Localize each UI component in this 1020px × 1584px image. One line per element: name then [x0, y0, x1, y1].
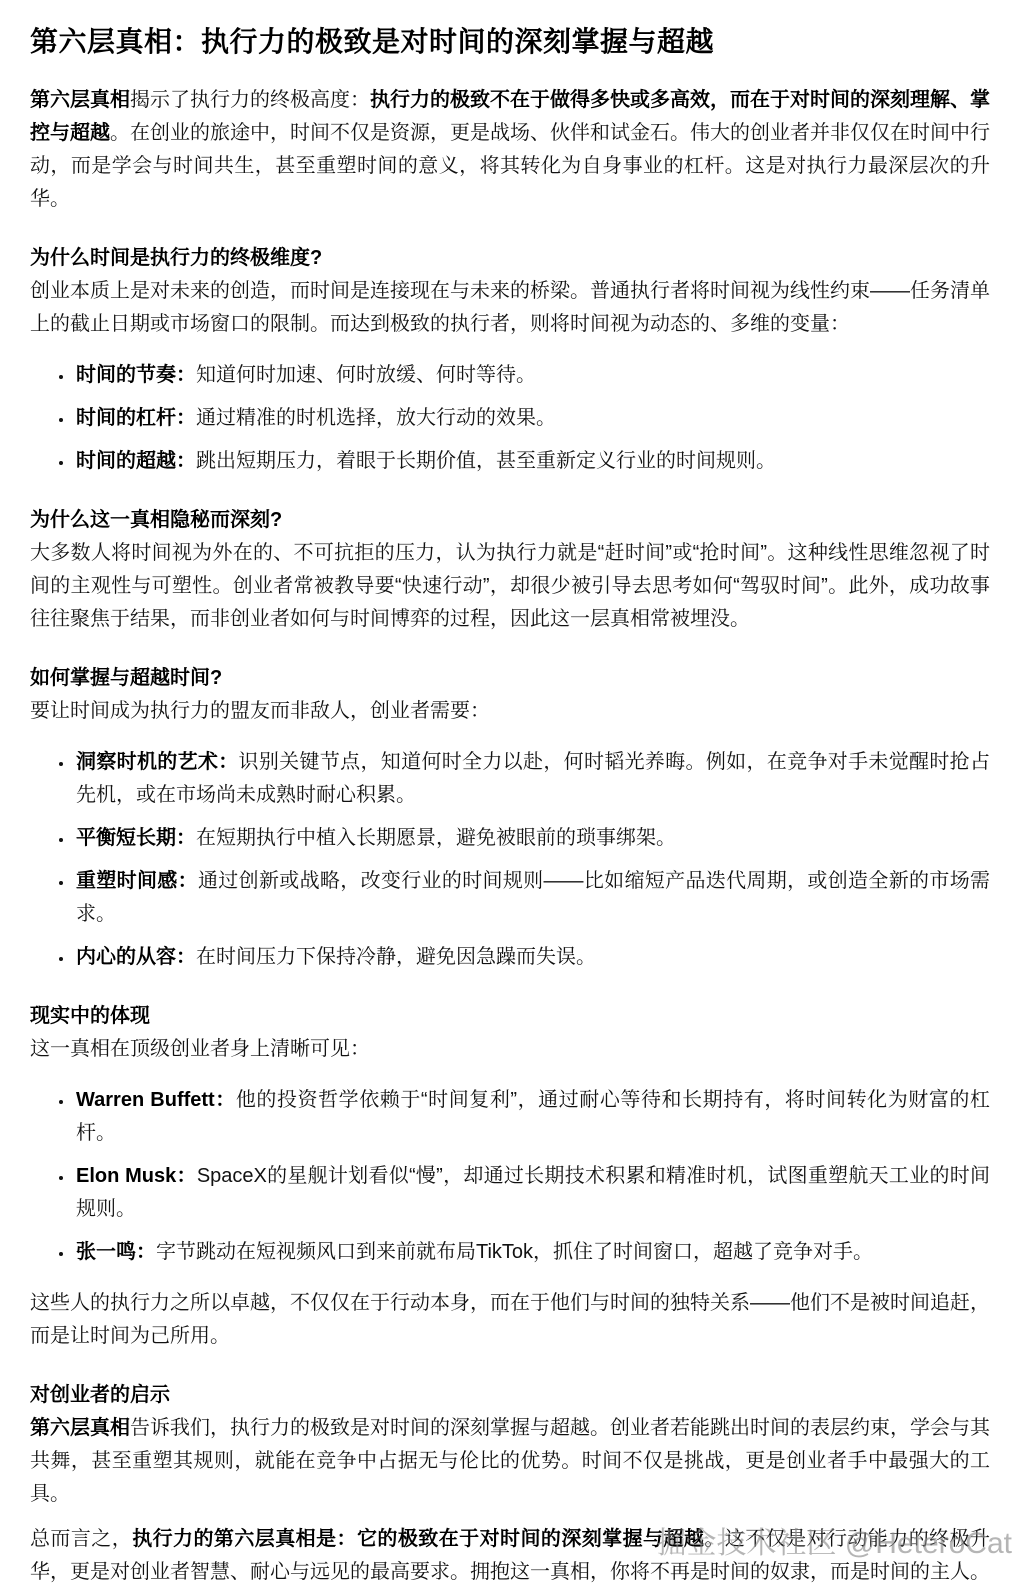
time-dimensions-list: 时间的节奏：知道何时加速、何时放缓、何时等待。时间的杠杆：通过精准的时机选择，放… [30, 359, 990, 478]
text-run-bold: 张一鸣： [76, 1241, 156, 1263]
page-title: 第六层真相：执行力的极致是对时间的深刻掌握与超越 [30, 22, 990, 62]
text-run-bold: 内心的从容： [76, 946, 196, 968]
mastery-methods-list: 洞察时机的艺术：识别关键节点，知道何时全力以赴，何时韬光养晦。例如，在竞争对手未… [30, 746, 990, 974]
text-run: 通过精准的时机选择，放大行动的效果。 [196, 407, 556, 429]
text-run-bold: 第六层真相 [30, 1417, 130, 1439]
text-run: 跳出短期压力，着眼于长期价值，甚至重新定义行业的时间规则。 [196, 450, 776, 472]
text-run: 在时间压力下保持冷静，避免因急躁而失误。 [196, 946, 596, 968]
list-item: 时间的超越：跳出短期压力，着眼于长期价值，甚至重新定义行业的时间规则。 [74, 445, 990, 478]
text-run: 在短期执行中植入长期愿景，避免被眼前的琐事绑架。 [196, 827, 676, 849]
text-run: 总而言之， [30, 1528, 132, 1550]
list-item: 时间的杠杆：通过精准的时机选择，放大行动的效果。 [74, 402, 990, 435]
list-item: 时间的节奏：知道何时加速、何时放缓、何时等待。 [74, 359, 990, 392]
text-run-bold: 对创业者的启示 [30, 1384, 170, 1406]
section-paragraph-why-time: 创业本质上是对未来的创造，而时间是连接现在与未来的桥梁。普通执行者将时间视为线性… [30, 275, 990, 341]
list-item: Warren Buffett：他的投资哲学依赖于“时间复利”，通过耐心等待和长期… [74, 1084, 990, 1150]
section-heading-implications: 对创业者的启示 [30, 1379, 990, 1412]
list-item: 张一鸣：字节跳动在短视频风口到来前就布局TikTok，抓住了时间窗口，超越了竞争… [74, 1236, 990, 1269]
text-run-bold: 现实中的体现 [30, 1005, 150, 1027]
text-run: 通过创新或战略，改变行业的时间规则——比如缩短产品迭代周期，或创造全新的市场需求… [76, 870, 990, 925]
text-run-bold: 重塑时间感： [76, 870, 198, 892]
founder-examples-list: Warren Buffett：他的投资哲学依赖于“时间复利”，通过耐心等待和长期… [30, 1084, 990, 1269]
text-run: 要让时间成为执行力的盟友而非敌人，创业者需要： [30, 700, 490, 722]
section-heading-how-master: 如何掌握与超越时间? [30, 662, 990, 695]
intro-paragraph: 第六层真相揭示了执行力的终极高度：执行力的极致不在于做得多快或多高效，而在于对时… [30, 84, 990, 216]
list-item: 平衡短长期：在短期执行中植入长期愿景，避免被眼前的琐事绑架。 [74, 822, 990, 855]
text-run-bold: 洞察时机的艺术： [76, 751, 239, 773]
section-heading-real-world: 现实中的体现 [30, 1000, 990, 1033]
text-run-bold: Elon Musk： [76, 1165, 197, 1187]
section-paragraph-how-master: 要让时间成为执行力的盟友而非敌人，创业者需要： [30, 695, 990, 728]
text-run: 大多数人将时间视为外在的、不可抗拒的压力，认为执行力就是“赶时间”或“抢时间”。… [30, 542, 990, 630]
text-run: 创业本质上是对未来的创造，而时间是连接现在与未来的桥梁。普通执行者将时间视为线性… [30, 280, 990, 335]
text-run-bold: Warren Buffett： [76, 1089, 236, 1111]
list-item: 内心的从容：在时间压力下保持冷静，避免因急躁而失误。 [74, 941, 990, 974]
text-run-bold: 第六层真相 [30, 89, 130, 111]
text-run-bold: 时间的节奏： [76, 364, 196, 386]
section-heading-why-time: 为什么时间是执行力的终极维度? [30, 242, 990, 275]
examples-summary-paragraph: 这些人的执行力之所以卓越，不仅仅在于行动本身，而在于他们与时间的独特关系——他们… [30, 1287, 990, 1353]
text-run-bold: 第六层真相：执行力的极致是对时间的深刻掌握与超越 [30, 26, 714, 57]
document-page: 第六层真相：执行力的极致是对时间的深刻掌握与超越第六层真相揭示了执行力的终极高度… [0, 0, 1020, 1584]
text-run: 这一真相在顶级创业者身上清晰可见： [30, 1038, 370, 1060]
text-run: 知道何时加速、何时放缓、何时等待。 [196, 364, 536, 386]
list-item: Elon Musk：SpaceX的星舰计划看似“慢”，却通过长期技术积累和精准时… [74, 1160, 990, 1226]
text-run-bold: 为什么这一真相隐秘而深刻? [30, 509, 282, 531]
text-run: 这些人的执行力之所以卓越，不仅仅在于行动本身，而在于他们与时间的独特关系——他们… [30, 1292, 990, 1347]
text-run-bold: 时间的超越： [76, 450, 196, 472]
text-run-bold: 如何掌握与超越时间? [30, 667, 222, 689]
list-item: 重塑时间感：通过创新或战略，改变行业的时间规则——比如缩短产品迭代周期，或创造全… [74, 865, 990, 931]
text-run-bold: 时间的杠杆： [76, 407, 196, 429]
text-run: 字节跳动在短视频风口到来前就布局TikTok，抓住了时间窗口，超越了竞争对手。 [156, 1241, 873, 1263]
text-run: 告诉我们，执行力的极致是对时间的深刻掌握与超越。创业者若能跳出时间的表层约束，学… [30, 1417, 990, 1505]
section-paragraph-implications: 第六层真相告诉我们，执行力的极致是对时间的深刻掌握与超越。创业者若能跳出时间的表… [30, 1412, 990, 1511]
text-run-bold: 执行力的第六层真相是：它的极致在于对时间的深刻掌握与超越 [132, 1528, 704, 1550]
list-item: 洞察时机的艺术：识别关键节点，知道何时全力以赴，何时韬光养晦。例如，在竞争对手未… [74, 746, 990, 812]
text-run: 。在创业的旅途中，时间不仅是资源，更是战场、伙伴和试金石。伟大的创业者并非仅仅在… [30, 122, 990, 210]
text-run-bold: 平衡短长期： [76, 827, 196, 849]
section-heading-why-hidden: 为什么这一真相隐秘而深刻? [30, 504, 990, 537]
text-run: 揭示了执行力的终极高度： [130, 89, 370, 111]
text-run-bold: 为什么时间是执行力的终极维度? [30, 247, 322, 269]
conclusion-paragraph: 总而言之，执行力的第六层真相是：它的极致在于对时间的深刻掌握与超越。这不仅是对行… [30, 1523, 990, 1584]
section-paragraph-why-hidden: 大多数人将时间视为外在的、不可抗拒的压力，认为执行力就是“赶时间”或“抢时间”。… [30, 537, 990, 636]
section-paragraph-real-world: 这一真相在顶级创业者身上清晰可见： [30, 1033, 990, 1066]
text-run: SpaceX的星舰计划看似“慢”，却通过长期技术积累和精准时机，试图重塑航天工业… [76, 1165, 990, 1220]
article: 第六层真相：执行力的极致是对时间的深刻掌握与超越第六层真相揭示了执行力的终极高度… [30, 22, 990, 1584]
